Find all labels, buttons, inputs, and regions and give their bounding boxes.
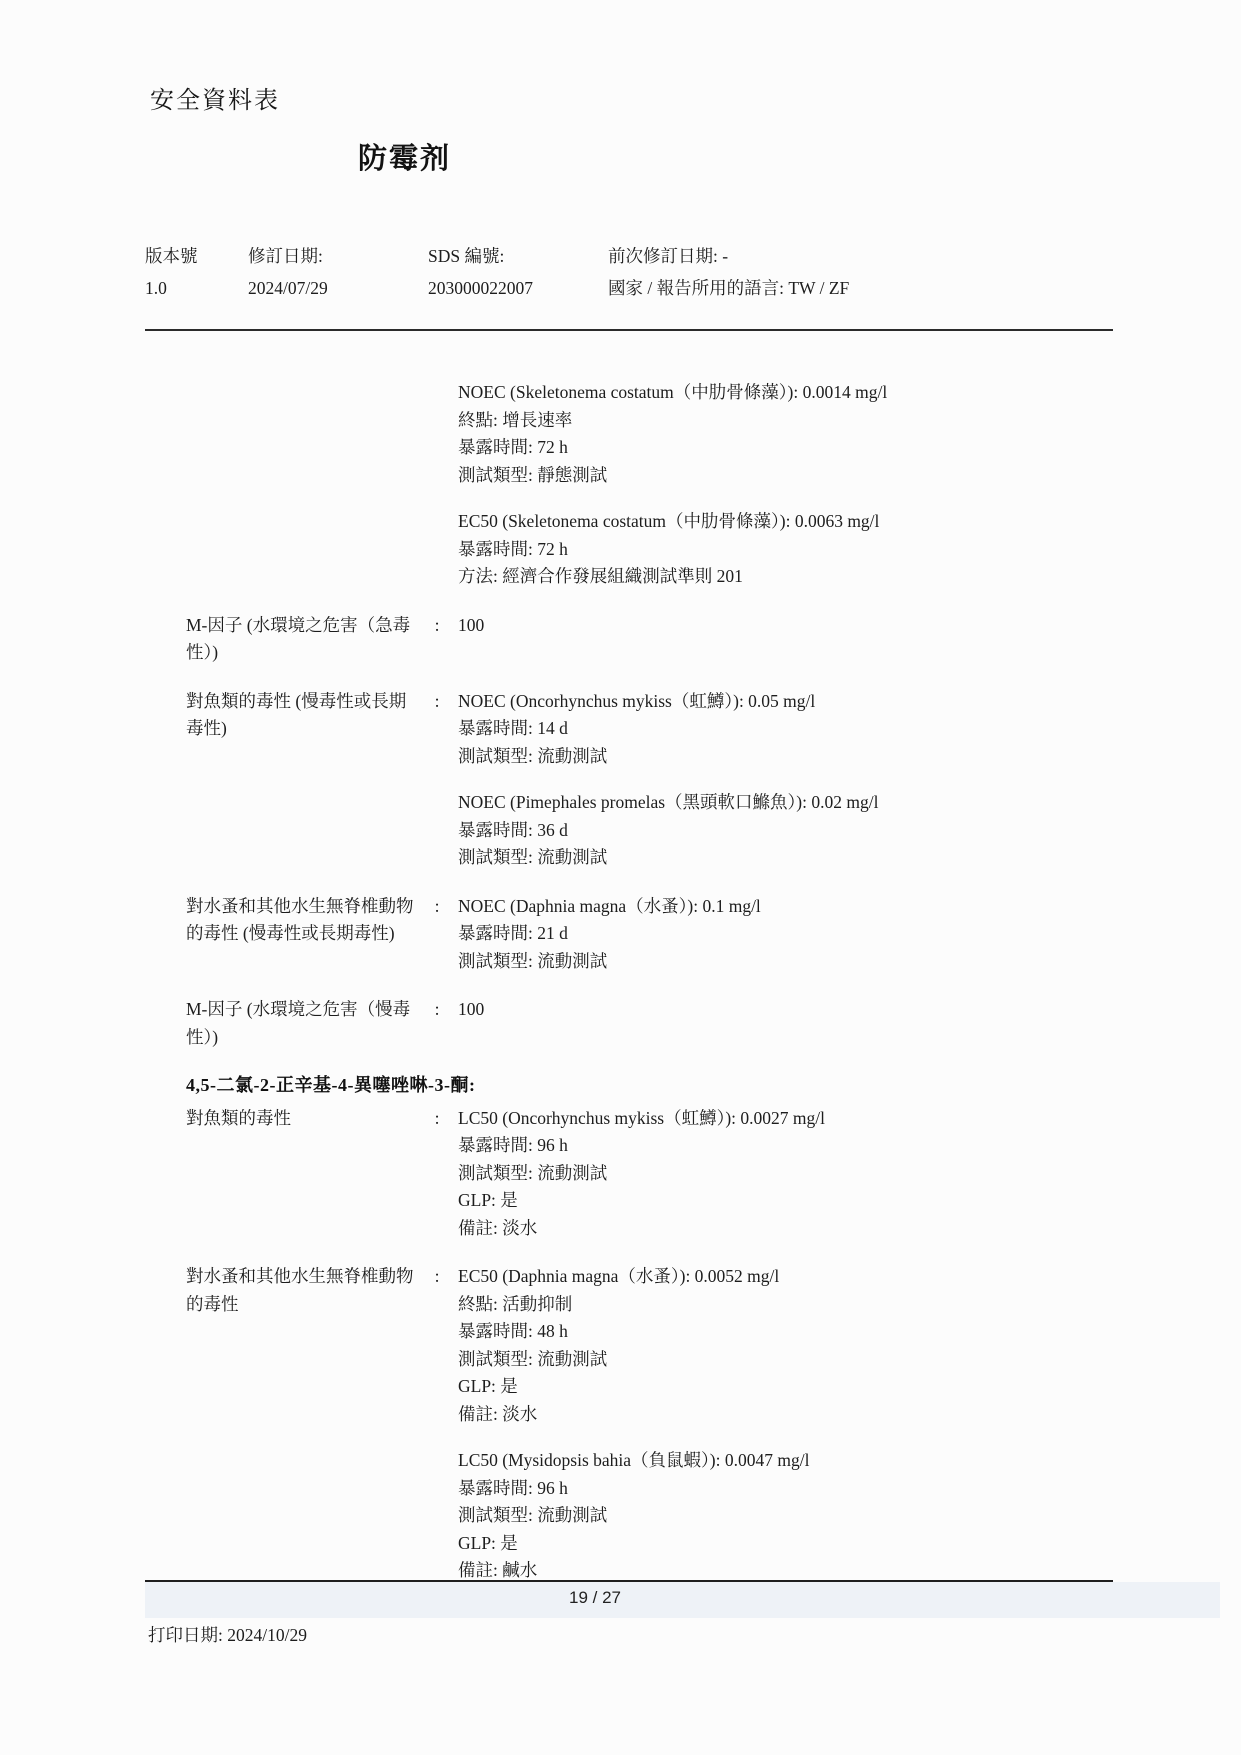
toxicity-row: M-因子 (水環境之危害（慢毒性）):100: [186, 996, 1146, 1051]
sds-number-label: SDS 編號:: [428, 240, 533, 272]
value-line: 測試類型: 流動測試: [458, 844, 1146, 872]
value-line: LC50 (Oncorhynchus mykiss（虹鱒）): 0.0027 m…: [458, 1105, 1146, 1133]
value-line: NOEC (Pimephales promelas（黑頭軟口鰷魚）): 0.02…: [458, 789, 1146, 817]
value-line: EC50 (Skeletonema costatum（中肋骨條藻）): 0.00…: [458, 508, 1146, 536]
toxicity-row: 對水蚤和其他水生無脊椎動物的毒性:EC50 (Daphnia magna（水蚤）…: [186, 1263, 1146, 1585]
content-rows: NOEC (Skeletonema costatum（中肋骨條藻）): 0.00…: [186, 379, 1146, 1606]
row-colon: :: [416, 1263, 458, 1585]
value-line: 暴露時間: 96 h: [458, 1132, 1146, 1160]
value-block: LC50 (Mysidopsis bahia（負鼠蝦）): 0.0047 mg/…: [458, 1447, 1146, 1585]
value-block: 100: [458, 996, 1146, 1024]
row-label: 對水蚤和其他水生無脊椎動物的毒性 (慢毒性或長期毒性): [186, 893, 416, 976]
value-line: LC50 (Mysidopsis bahia（負鼠蝦）): 0.0047 mg/…: [458, 1447, 1146, 1475]
value-line: NOEC (Skeletonema costatum（中肋骨條藻）): 0.00…: [458, 379, 1146, 407]
row-value: EC50 (Daphnia magna（水蚤）): 0.0052 mg/l終點:…: [458, 1263, 1146, 1585]
value-line: 暴露時間: 48 h: [458, 1318, 1146, 1346]
row-value: 100: [458, 612, 1146, 667]
previous-revision-label: 前次修訂日期: -: [608, 240, 849, 272]
row-label: M-因子 (水環境之危害（急毒性）): [186, 612, 416, 667]
value-line: 暴露時間: 21 d: [458, 920, 1146, 948]
toxicity-row: 對魚類的毒性 (慢毒性或長期毒性):NOEC (Oncorhynchus myk…: [186, 688, 1146, 872]
print-date: 打印日期: 2024/10/29: [148, 1622, 307, 1647]
value-line: 測試類型: 流動測試: [458, 743, 1146, 771]
meta-sds-number: SDS 編號: 203000022007: [428, 240, 533, 304]
row-colon: :: [416, 688, 458, 872]
value-line: 暴露時間: 72 h: [458, 434, 1146, 462]
value-line: GLP: 是: [458, 1373, 1146, 1401]
value-line: GLP: 是: [458, 1530, 1146, 1558]
row-label: 對水蚤和其他水生無脊椎動物的毒性: [186, 1263, 416, 1585]
toxicity-row: M-因子 (水環境之危害（急毒性）):100: [186, 612, 1146, 667]
header-divider: [145, 329, 1113, 331]
value-line: EC50 (Daphnia magna（水蚤）): 0.0052 mg/l: [458, 1263, 1146, 1291]
value-block: EC50 (Skeletonema costatum（中肋骨條藻）): 0.00…: [458, 508, 1146, 591]
row-value: LC50 (Oncorhynchus mykiss（虹鱒）): 0.0027 m…: [458, 1105, 1146, 1243]
version-label: 版本號: [145, 240, 198, 272]
value-block: NOEC (Oncorhynchus mykiss（虹鱒）): 0.05 mg/…: [458, 688, 1146, 771]
value-block: NOEC (Daphnia magna（水蚤）): 0.1 mg/l暴露時間: …: [458, 893, 1146, 976]
value-line: 備註: 淡水: [458, 1401, 1146, 1429]
version-value: 1.0: [145, 272, 198, 304]
row-label: 對魚類的毒性 (慢毒性或長期毒性): [186, 688, 416, 872]
row-colon: :: [416, 1105, 458, 1243]
revision-date-label: 修訂日期:: [248, 240, 328, 272]
toxicity-row: 對魚類的毒性:LC50 (Oncorhynchus mykiss（虹鱒）): 0…: [186, 1105, 1146, 1243]
row-value: 100: [458, 996, 1146, 1051]
value-line: 終點: 活動抑制: [458, 1291, 1146, 1319]
row-colon: :: [416, 612, 458, 667]
sds-number-value: 203000022007: [428, 272, 533, 304]
meta-previous-revision: 前次修訂日期: - 國家 / 報告所用的語言: TW / ZF: [608, 240, 849, 304]
value-block: NOEC (Pimephales promelas（黑頭軟口鰷魚）): 0.02…: [458, 789, 1146, 872]
value-line: NOEC (Daphnia magna（水蚤）): 0.1 mg/l: [458, 893, 1146, 921]
value-line: 暴露時間: 72 h: [458, 536, 1146, 564]
row-colon: :: [416, 893, 458, 976]
row-colon: :: [416, 996, 458, 1051]
toxicity-row: 對水蚤和其他水生無脊椎動物的毒性 (慢毒性或長期毒性):NOEC (Daphni…: [186, 893, 1146, 976]
value-line: 暴露時間: 14 d: [458, 715, 1146, 743]
row-value: NOEC (Oncorhynchus mykiss（虹鱒）): 0.05 mg/…: [458, 688, 1146, 872]
value-line: 備註: 淡水: [458, 1215, 1146, 1243]
value-line: 測試類型: 流動測試: [458, 1502, 1146, 1530]
value-block: EC50 (Daphnia magna（水蚤）): 0.0052 mg/l終點:…: [458, 1263, 1146, 1428]
value-line: GLP: 是: [458, 1187, 1146, 1215]
product-name-title: 防霉剂: [358, 136, 451, 177]
meta-revision-date: 修訂日期: 2024/07/29: [248, 240, 328, 304]
country-language-value: 國家 / 報告所用的語言: TW / ZF: [608, 272, 849, 304]
value-line: 方法: 經濟合作發展組織測試準則 201: [458, 563, 1146, 591]
row-value: NOEC (Daphnia magna（水蚤）): 0.1 mg/l暴露時間: …: [458, 893, 1146, 976]
value-block: NOEC (Skeletonema costatum（中肋骨條藻）): 0.00…: [458, 379, 1146, 489]
value-line: 100: [458, 612, 1146, 640]
value-block: 100: [458, 612, 1146, 640]
row-label: 對魚類的毒性: [186, 1105, 416, 1243]
document-title: 安全資料表: [150, 80, 280, 115]
value-line: 測試類型: 流動測試: [458, 1346, 1146, 1374]
row-value: NOEC (Skeletonema costatum（中肋骨條藻）): 0.00…: [458, 379, 1146, 591]
value-line: 測試類型: 流動測試: [458, 1160, 1146, 1188]
meta-version: 版本號 1.0: [145, 240, 198, 304]
value-line: 暴露時間: 96 h: [458, 1475, 1146, 1503]
toxicity-row: NOEC (Skeletonema costatum（中肋骨條藻）): 0.00…: [186, 379, 1146, 591]
value-line: NOEC (Oncorhynchus mykiss（虹鱒）): 0.05 mg/…: [458, 688, 1146, 716]
value-line: 測試類型: 靜態測試: [458, 462, 1146, 490]
value-line: 測試類型: 流動測試: [458, 948, 1146, 976]
sds-page: 安全資料表 防霉剂 版本號 1.0 修訂日期: 2024/07/29 SDS 編…: [0, 0, 1241, 1755]
value-line: 暴露時間: 36 d: [458, 817, 1146, 845]
substance-section-header: 4,5-二氯-2-正辛基-4-異噻唑啉-3-酮:: [186, 1072, 1146, 1100]
row-colon: [416, 379, 458, 591]
value-line: 終點: 增長速率: [458, 407, 1146, 435]
page-number: 19 / 27: [145, 1588, 1045, 1608]
row-label: [186, 379, 416, 591]
revision-date-value: 2024/07/29: [248, 272, 328, 304]
row-label: M-因子 (水環境之危害（慢毒性）): [186, 996, 416, 1051]
value-line: 100: [458, 996, 1146, 1024]
value-block: LC50 (Oncorhynchus mykiss（虹鱒）): 0.0027 m…: [458, 1105, 1146, 1243]
